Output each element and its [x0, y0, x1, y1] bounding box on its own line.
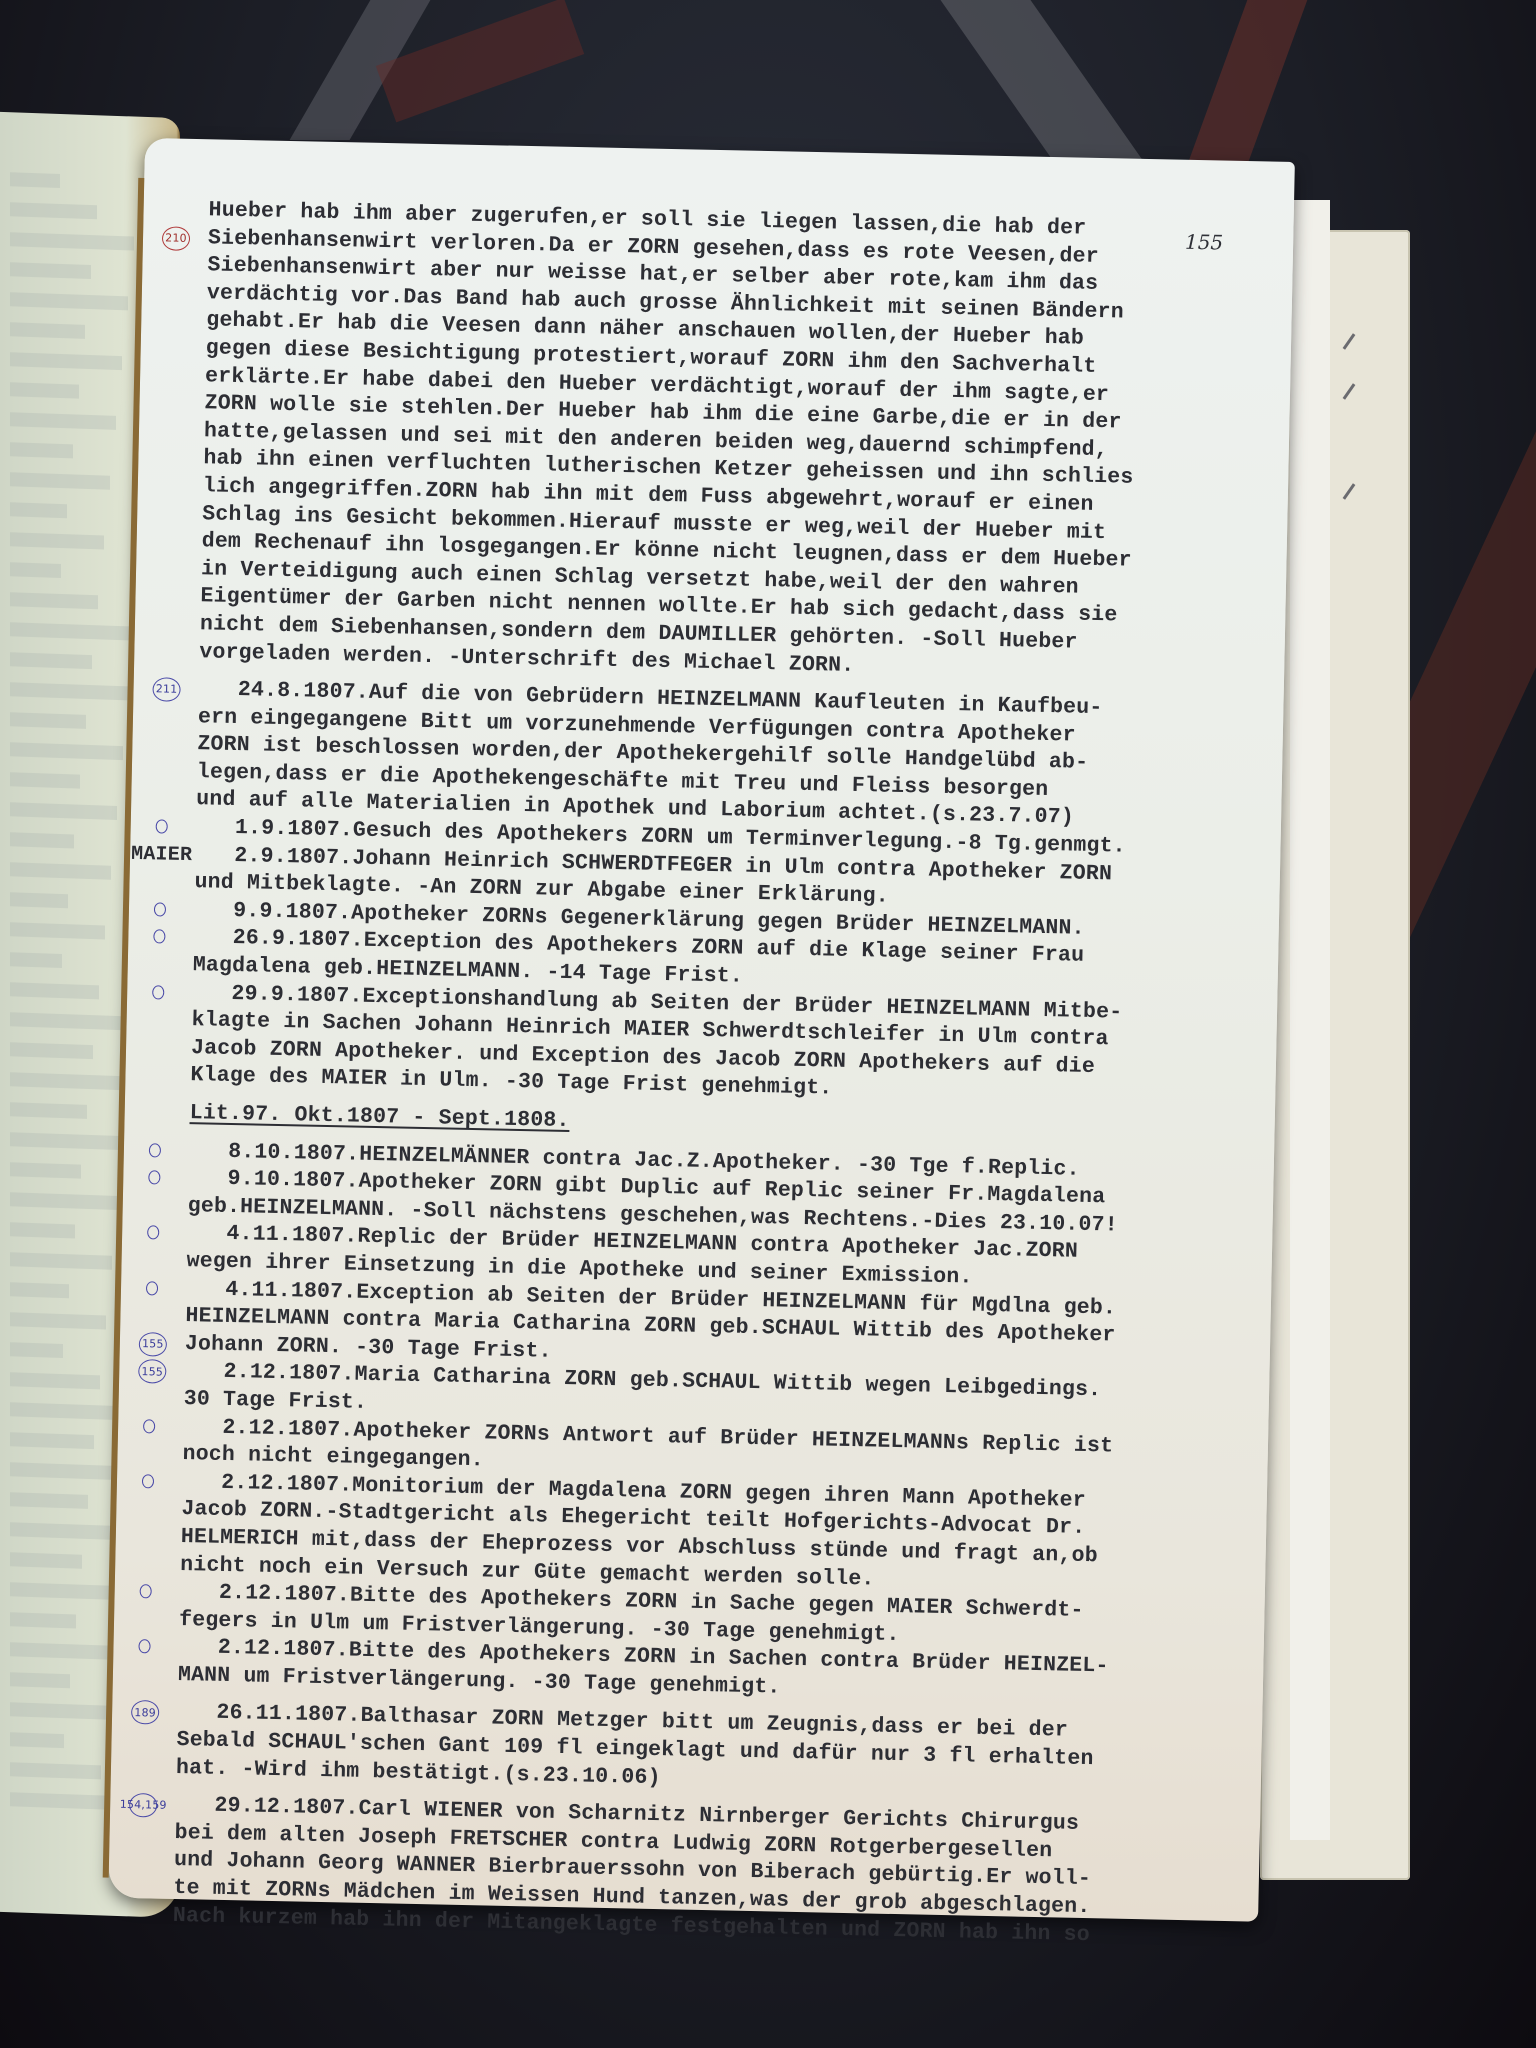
- background-pattern: [376, 0, 584, 122]
- margin-annotation: 211: [152, 677, 180, 702]
- margin-mark-icon: [149, 1143, 161, 1157]
- bleed-through-text: [10, 1702, 107, 1719]
- margin-mark-icon: [152, 985, 164, 999]
- bleed-through-text: [10, 622, 135, 640]
- bleed-through-text: [10, 802, 117, 820]
- bleed-through-text: [10, 1732, 64, 1748]
- bleed-through-text: [10, 352, 122, 370]
- bleed-through-text: [10, 1552, 82, 1569]
- margin-mark-icon: [148, 1170, 160, 1184]
- bleed-through-text: [10, 1102, 87, 1119]
- bleed-through-text: [10, 652, 92, 669]
- bleed-through-text: [10, 1222, 75, 1238]
- bleed-through-text: [10, 772, 80, 788]
- bleed-through-text: [10, 1042, 93, 1059]
- bleed-through-text: [10, 292, 128, 310]
- bleed-through-text: [10, 1312, 106, 1329]
- margin-annotation: 155: [139, 1332, 167, 1357]
- bleed-through-text: [10, 322, 85, 339]
- bleed-through-text: [10, 1762, 101, 1779]
- bleed-through-text: [10, 1192, 118, 1210]
- bleed-through-text: [10, 502, 67, 518]
- bleed-through-text: [10, 562, 61, 578]
- bleed-through-text: [10, 1492, 88, 1509]
- bleed-through-text: [10, 472, 110, 489]
- bleed-through-text: [10, 1672, 70, 1688]
- margin-mark-icon: [153, 930, 165, 944]
- bleed-through-text: [10, 892, 68, 908]
- margin-annotation: 154,159: [129, 1793, 157, 1818]
- bleed-through-text: [10, 712, 86, 729]
- bleed-through-text: [10, 1432, 94, 1449]
- bleed-through-text: [10, 532, 104, 549]
- bleed-through-text: [10, 1612, 76, 1628]
- background-pattern: [290, 0, 431, 140]
- bleed-through-text: [10, 1642, 113, 1660]
- bleed-through-text: [10, 1162, 81, 1178]
- bleed-through-text: [10, 172, 60, 188]
- margin-mark-icon: [140, 1584, 152, 1598]
- margin-mark-icon: [138, 1639, 150, 1653]
- page-edge: [1290, 200, 1330, 1840]
- margin-annotation: MAIER: [131, 840, 193, 869]
- bleed-through-text: [10, 382, 79, 398]
- bleed-through-text: [10, 832, 74, 848]
- bleed-through-text: [10, 1342, 63, 1358]
- bleed-through-text: [10, 232, 134, 250]
- margin-annotation: 155: [138, 1359, 166, 1384]
- bleed-through-text: [10, 862, 111, 880]
- bleed-through-text: [10, 1372, 100, 1389]
- margin-mark-icon: [156, 819, 168, 833]
- typed-text: Hueber hab ihm aber zugerufen,er soll si…: [173, 197, 1254, 1952]
- bleed-through-text: [10, 1012, 136, 1030]
- bleed-through-text: [10, 982, 99, 999]
- bleed-through-text: [10, 412, 116, 430]
- document-page: 155 Hueber hab ihm aber zugerufen,er sol…: [108, 138, 1295, 1922]
- margin-annotation: 210: [162, 226, 190, 251]
- bleed-through-text: [10, 262, 91, 279]
- margin-mark-icon: [143, 1419, 155, 1433]
- bleed-through-text: [10, 952, 62, 968]
- bleed-through-text: [10, 922, 105, 939]
- bleed-through-text: [10, 742, 123, 760]
- bleed-through-text: [10, 1522, 125, 1540]
- bleed-through-text: [10, 682, 129, 700]
- bleed-through-text: [10, 202, 97, 219]
- bleed-through-text: [10, 442, 73, 458]
- bleed-through-text: [10, 592, 98, 609]
- margin-mark-icon: [147, 1226, 159, 1240]
- margin-mark-icon: [142, 1474, 154, 1488]
- bleed-through-text: [10, 1252, 112, 1270]
- bleed-through-text: [10, 1582, 119, 1600]
- margin-mark-icon: [154, 902, 166, 916]
- bleed-through-text: [10, 1132, 124, 1150]
- margin-mark-icon: [146, 1281, 158, 1295]
- margin-annotation: 189: [131, 1700, 159, 1725]
- bleed-through-text: [10, 1072, 130, 1090]
- bleed-through-text: [10, 1282, 69, 1298]
- background-pattern: [940, 0, 1149, 170]
